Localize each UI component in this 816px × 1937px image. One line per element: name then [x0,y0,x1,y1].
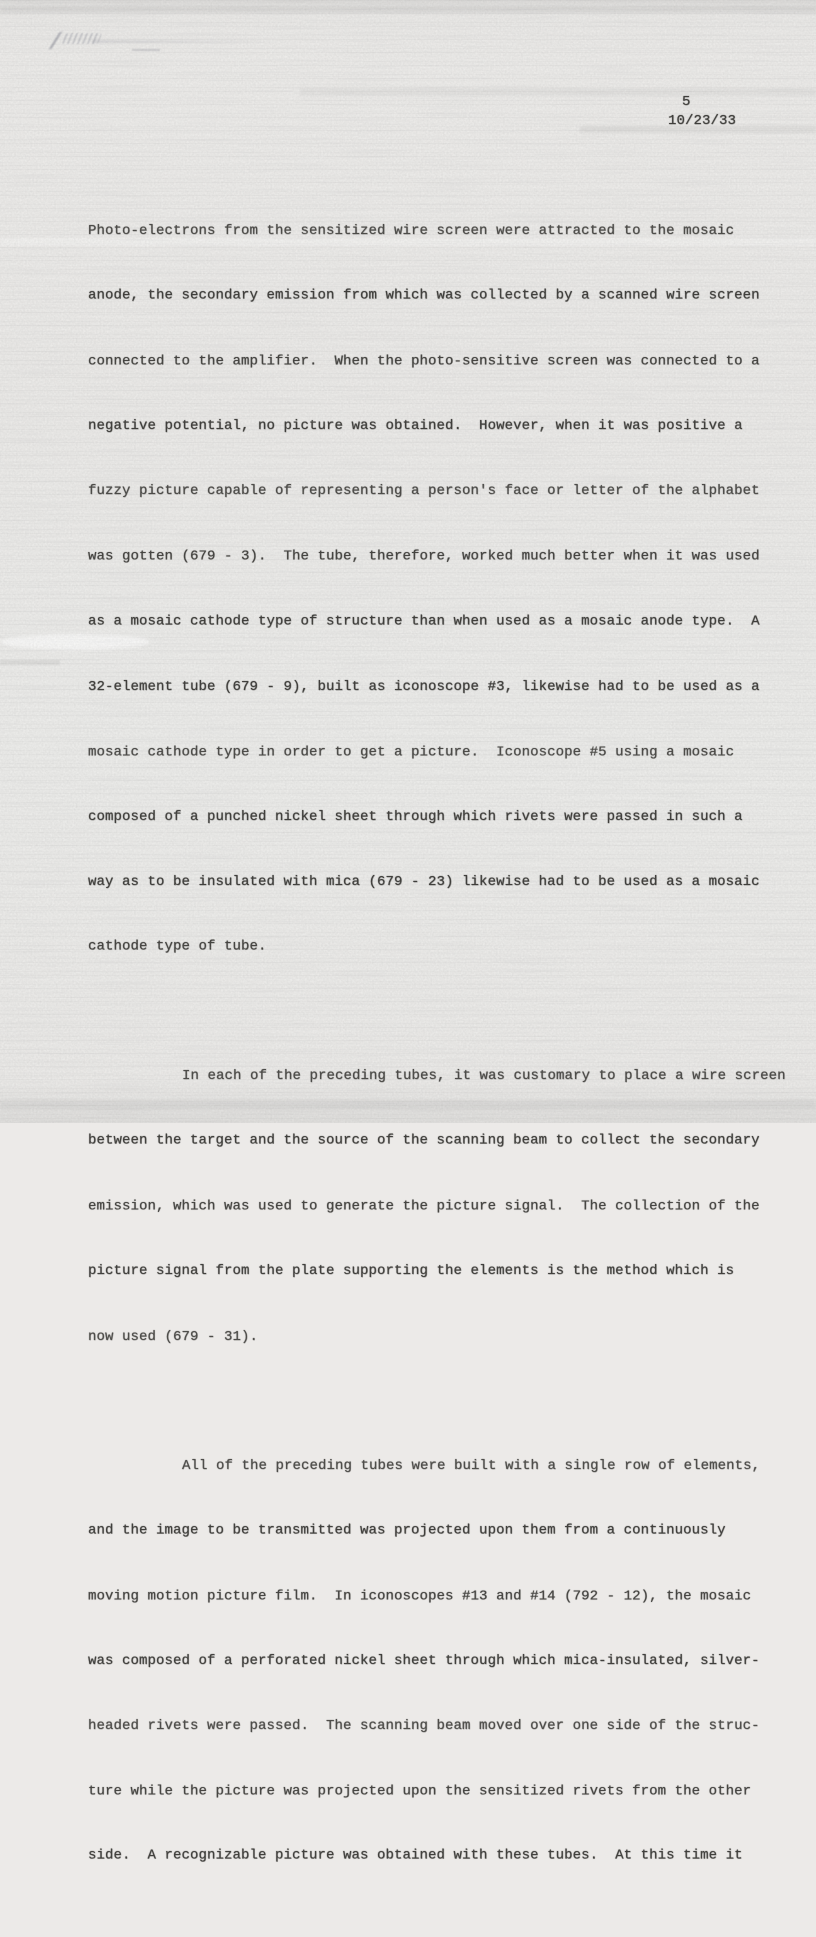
paragraph: Photo-electrons from the sensitized wire… [88,183,788,996]
text-line: cathode type of tube. [88,931,788,964]
paragraph: In each of the preceding tubes, it was c… [88,1028,788,1123]
text-line: composed of a punched nickel sheet throu… [88,801,788,834]
smudge-stroke [49,32,76,49]
text-line: connected to the amplifier. When the pho… [88,346,788,379]
text-line: In each of the preceding tubes, it was c… [88,1060,788,1093]
text-line: way as to be insulated with mica (679 - … [88,866,788,899]
scan-streak [0,6,816,13]
smudge-dash [132,49,160,51]
text-line: Photo-electrons from the sensitized wire… [88,215,788,248]
scanned-document-page: 5 10/23/33 Photo-electrons from the sens… [0,0,816,1123]
date-stamp: 10/23/33 [668,113,736,129]
pencil-smudge-mark [52,25,282,59]
text-line: as a mosaic cathode type of structure th… [88,605,788,638]
text-line: was gotten (679 - 3). The tube, therefor… [88,541,788,574]
text-line: anode, the secondary emission from which… [88,280,788,313]
text-line: negative potential, no picture was obtai… [88,410,788,443]
smudge-trail [92,40,272,43]
scan-streak [300,88,816,96]
smudge-hatch [62,33,102,44]
text-line: mosaic cathode type in order to get a pi… [88,736,788,769]
page-number: 5 [682,94,691,110]
text-line: 32-element tube (679 - 9), built as icon… [88,671,788,704]
document-body: Photo-electrons from the sensitized wire… [88,151,788,1123]
text-line: fuzzy picture capable of representing a … [88,475,788,508]
scan-streak [0,660,60,665]
